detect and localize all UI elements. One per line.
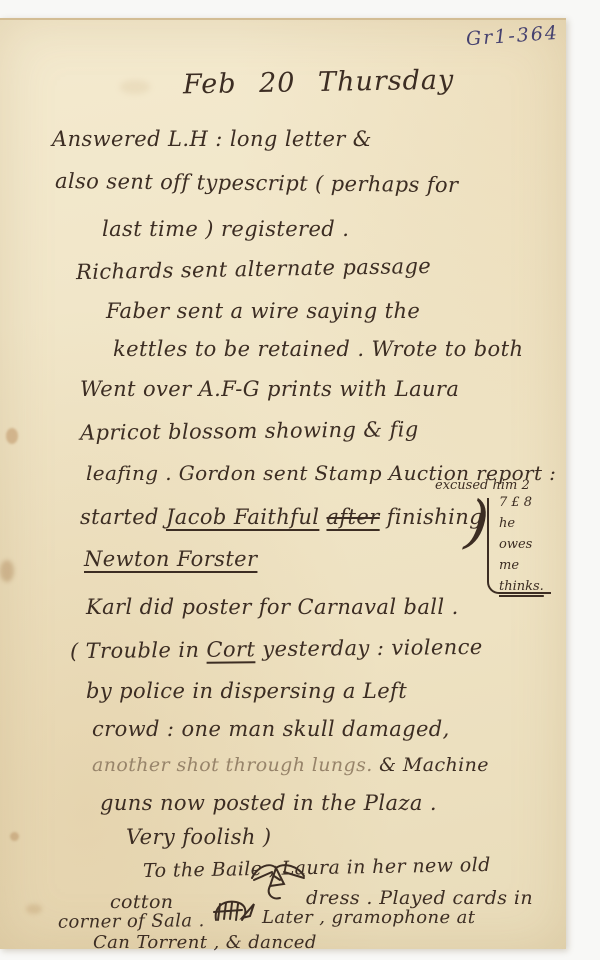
hw-line-4: Richards sent alternate passage — [76, 255, 432, 284]
closing-paren-mark: ) — [463, 487, 493, 557]
underlined-place: Cort — [206, 637, 255, 662]
hw-line-20-right: dress . Played cards in — [306, 888, 533, 909]
hw-line-8: Apricot blossom showing & fig — [80, 418, 419, 445]
hw-line-16: another shot through lungs. & Machine — [92, 755, 489, 776]
hw-line-21-right: Later , gramophone at — [262, 908, 475, 928]
hw-line-18: Very foolish ) — [126, 826, 272, 849]
foxing-stain — [6, 428, 18, 444]
underlined-book-title: Jacob Faithful — [166, 505, 319, 529]
hw-line-22: Can Torrent , & danced — [93, 933, 317, 953]
margin-note: 7 £ 8 he owes me thinks. — [499, 492, 544, 597]
hw-line-17: guns now posted in the Plaza . — [100, 792, 437, 815]
foxing-stain — [10, 832, 19, 841]
margin-line: thinks. — [499, 576, 544, 597]
hw-line-3: last time ) registered . — [102, 218, 349, 241]
hw-line-7: Went over A.F-G prints with Laura — [80, 378, 459, 401]
margin-line: owes — [499, 534, 544, 555]
foxing-stain — [120, 80, 150, 94]
hw-segment: yesterday : violence — [255, 635, 483, 661]
date-heading: Feb 20 Thursday — [183, 66, 455, 100]
struck-word: after — [326, 505, 379, 529]
hw-line-6: kettles to be retained . Wrote to both — [113, 338, 523, 361]
hw-line-2: also sent off typescript ( perhaps for — [55, 170, 459, 197]
margin-line: me — [499, 555, 544, 576]
hw-segment: & Machine — [373, 754, 489, 776]
hw-line-11: Newton Forster — [84, 548, 257, 571]
margin-line: 7 £ 8 — [499, 492, 544, 513]
archive-ref: Gr1-364 — [465, 23, 559, 50]
hw-segment: ( Trouble in — [70, 638, 207, 663]
foxing-stain — [26, 904, 42, 914]
foxing-stain — [0, 560, 14, 582]
photo-background: Gr1-364 Feb 20 Thursday Answered L.H : l… — [0, 0, 600, 960]
hw-line-10: started Jacob Faithful after finishing — [80, 506, 483, 529]
diary-page: Gr1-364 Feb 20 Thursday Answered L.H : l… — [0, 18, 566, 949]
hw-line-5: Faber sent a wire saying the — [106, 300, 420, 323]
hw-line-1: Answered L.H : long letter & — [52, 128, 372, 151]
hw-line-15: crowd : one man skull damaged, — [92, 718, 450, 741]
tally-doodle — [212, 898, 258, 926]
hw-line-21-left: corner of Sala . — [58, 911, 205, 932]
hw-line-12: Karl did poster for Carnaval ball . — [86, 596, 459, 619]
hw-line-13: ( Trouble in Cort yesterday : violence — [70, 636, 483, 663]
hw-segment: started — [80, 505, 166, 529]
margin-line: he — [499, 513, 544, 534]
faded-segment: another shot through lungs. — [92, 754, 373, 776]
hw-line-14: by police in dispersing a Left — [86, 680, 407, 703]
hw-line-19: To the Baile , Laura in her new old — [143, 855, 491, 882]
